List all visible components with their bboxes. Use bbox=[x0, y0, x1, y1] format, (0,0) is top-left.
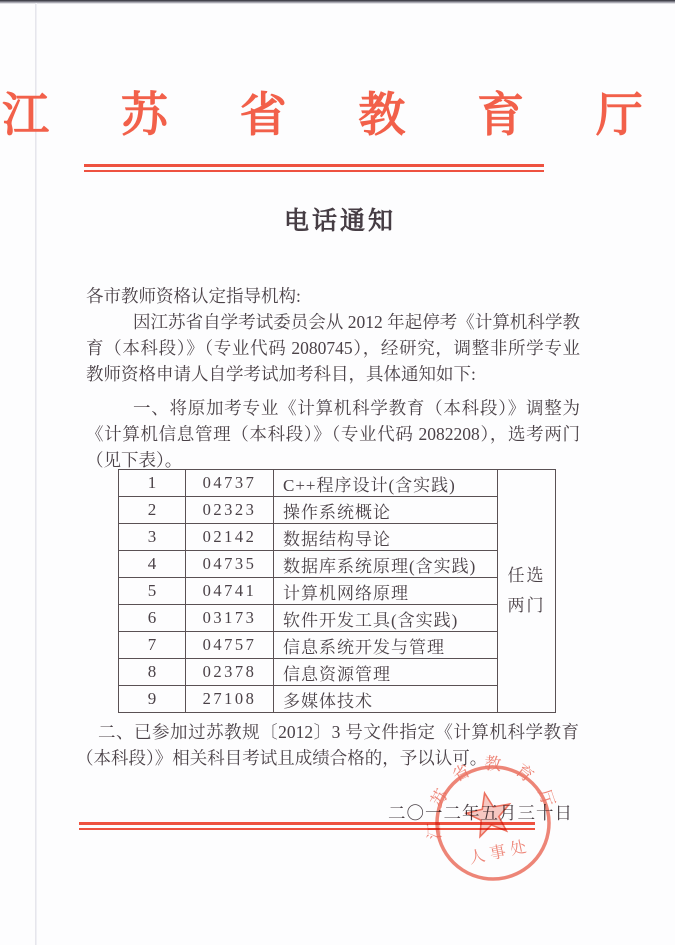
course-table: 1 04737 C++程序设计(含实践) 任选 两门 2 02323 操作系统概… bbox=[118, 469, 556, 713]
scanned-document-page: 江 苏 省 教 育 厅 电话通知 各市教师资格认定指导机构: 因江苏省自学考试委… bbox=[0, 0, 675, 945]
paragraph-intro: 因江苏省自学考试委员会从 2012 年起停考《计算机科学教育（本科段）》（专业代… bbox=[86, 309, 580, 387]
cell-no: 3 bbox=[119, 524, 186, 551]
table-row: 3 02142 数据结构导论 bbox=[119, 524, 556, 551]
scan-edge-top bbox=[0, 0, 675, 4]
cell-code: 02378 bbox=[186, 659, 274, 686]
letterhead-title: 江 苏 省 教 育 厅 bbox=[0, 86, 675, 146]
table-row: 2 02323 操作系统概论 bbox=[119, 497, 556, 524]
cell-no: 9 bbox=[119, 686, 186, 713]
table-row: 8 02378 信息资源管理 bbox=[119, 659, 556, 686]
document-title: 电话通知 bbox=[0, 201, 675, 237]
cell-code: 02323 bbox=[186, 497, 274, 524]
table-row: 5 04741 计算机网络原理 bbox=[119, 578, 556, 605]
cell-code: 04737 bbox=[186, 470, 274, 497]
cell-code: 04735 bbox=[186, 551, 274, 578]
seal-sub-text: 人事处 bbox=[468, 837, 533, 868]
table-row: 6 03173 软件开发工具(含实践) bbox=[119, 605, 556, 632]
note-line-1: 任选 bbox=[498, 561, 555, 591]
table-row: 9 27108 多媒体技术 bbox=[119, 686, 556, 713]
cell-code: 04757 bbox=[186, 632, 274, 659]
note-line-2: 两门 bbox=[498, 591, 555, 621]
cell-course-name: 计算机网络原理 bbox=[274, 578, 498, 605]
star-icon bbox=[463, 789, 514, 839]
cell-code: 02142 bbox=[186, 524, 274, 551]
cell-course-name: 数据库系统原理(含实践) bbox=[274, 551, 498, 578]
table-row: 4 04735 数据库系统原理(含实践) bbox=[119, 551, 556, 578]
cell-code: 27108 bbox=[186, 686, 274, 713]
seal-arc-text: 江苏省教育厅 bbox=[415, 745, 563, 846]
cell-course-name: 数据结构导论 bbox=[274, 524, 498, 551]
table-row: 1 04737 C++程序设计(含实践) 任选 两门 bbox=[119, 470, 556, 497]
letterhead-rule bbox=[84, 164, 544, 172]
official-seal: 江苏省教育厅 人事处 bbox=[415, 745, 571, 901]
cell-course-name: 多媒体技术 bbox=[274, 686, 498, 713]
cell-course-name: 信息资源管理 bbox=[274, 659, 498, 686]
cell-no: 1 bbox=[119, 470, 186, 497]
document-body: 各市教师资格认定指导机构: 因江苏省自学考试委员会从 2012 年起停考《计算机… bbox=[86, 283, 580, 473]
cell-course-name: 信息系统开发与管理 bbox=[274, 632, 498, 659]
cell-no: 2 bbox=[119, 497, 186, 524]
cell-no: 7 bbox=[119, 632, 186, 659]
cell-no: 4 bbox=[119, 551, 186, 578]
cell-no: 5 bbox=[119, 578, 186, 605]
paragraph-item-1: 一、将原加考专业《计算机科学教育（本科段）》调整为《计算机信息管理（本科段）》（… bbox=[86, 395, 580, 473]
table-row: 7 04757 信息系统开发与管理 bbox=[119, 632, 556, 659]
cell-code: 03173 bbox=[186, 605, 274, 632]
cell-code: 04741 bbox=[186, 578, 274, 605]
cell-no: 8 bbox=[119, 659, 186, 686]
cell-note-choose-two: 任选 两门 bbox=[498, 470, 556, 713]
cell-no: 6 bbox=[119, 605, 186, 632]
cell-course-name: 操作系统概论 bbox=[274, 497, 498, 524]
cell-course-name: 软件开发工具(含实践) bbox=[274, 605, 498, 632]
cell-course-name: C++程序设计(含实践) bbox=[274, 470, 498, 497]
salutation: 各市教师资格认定指导机构: bbox=[86, 283, 580, 309]
